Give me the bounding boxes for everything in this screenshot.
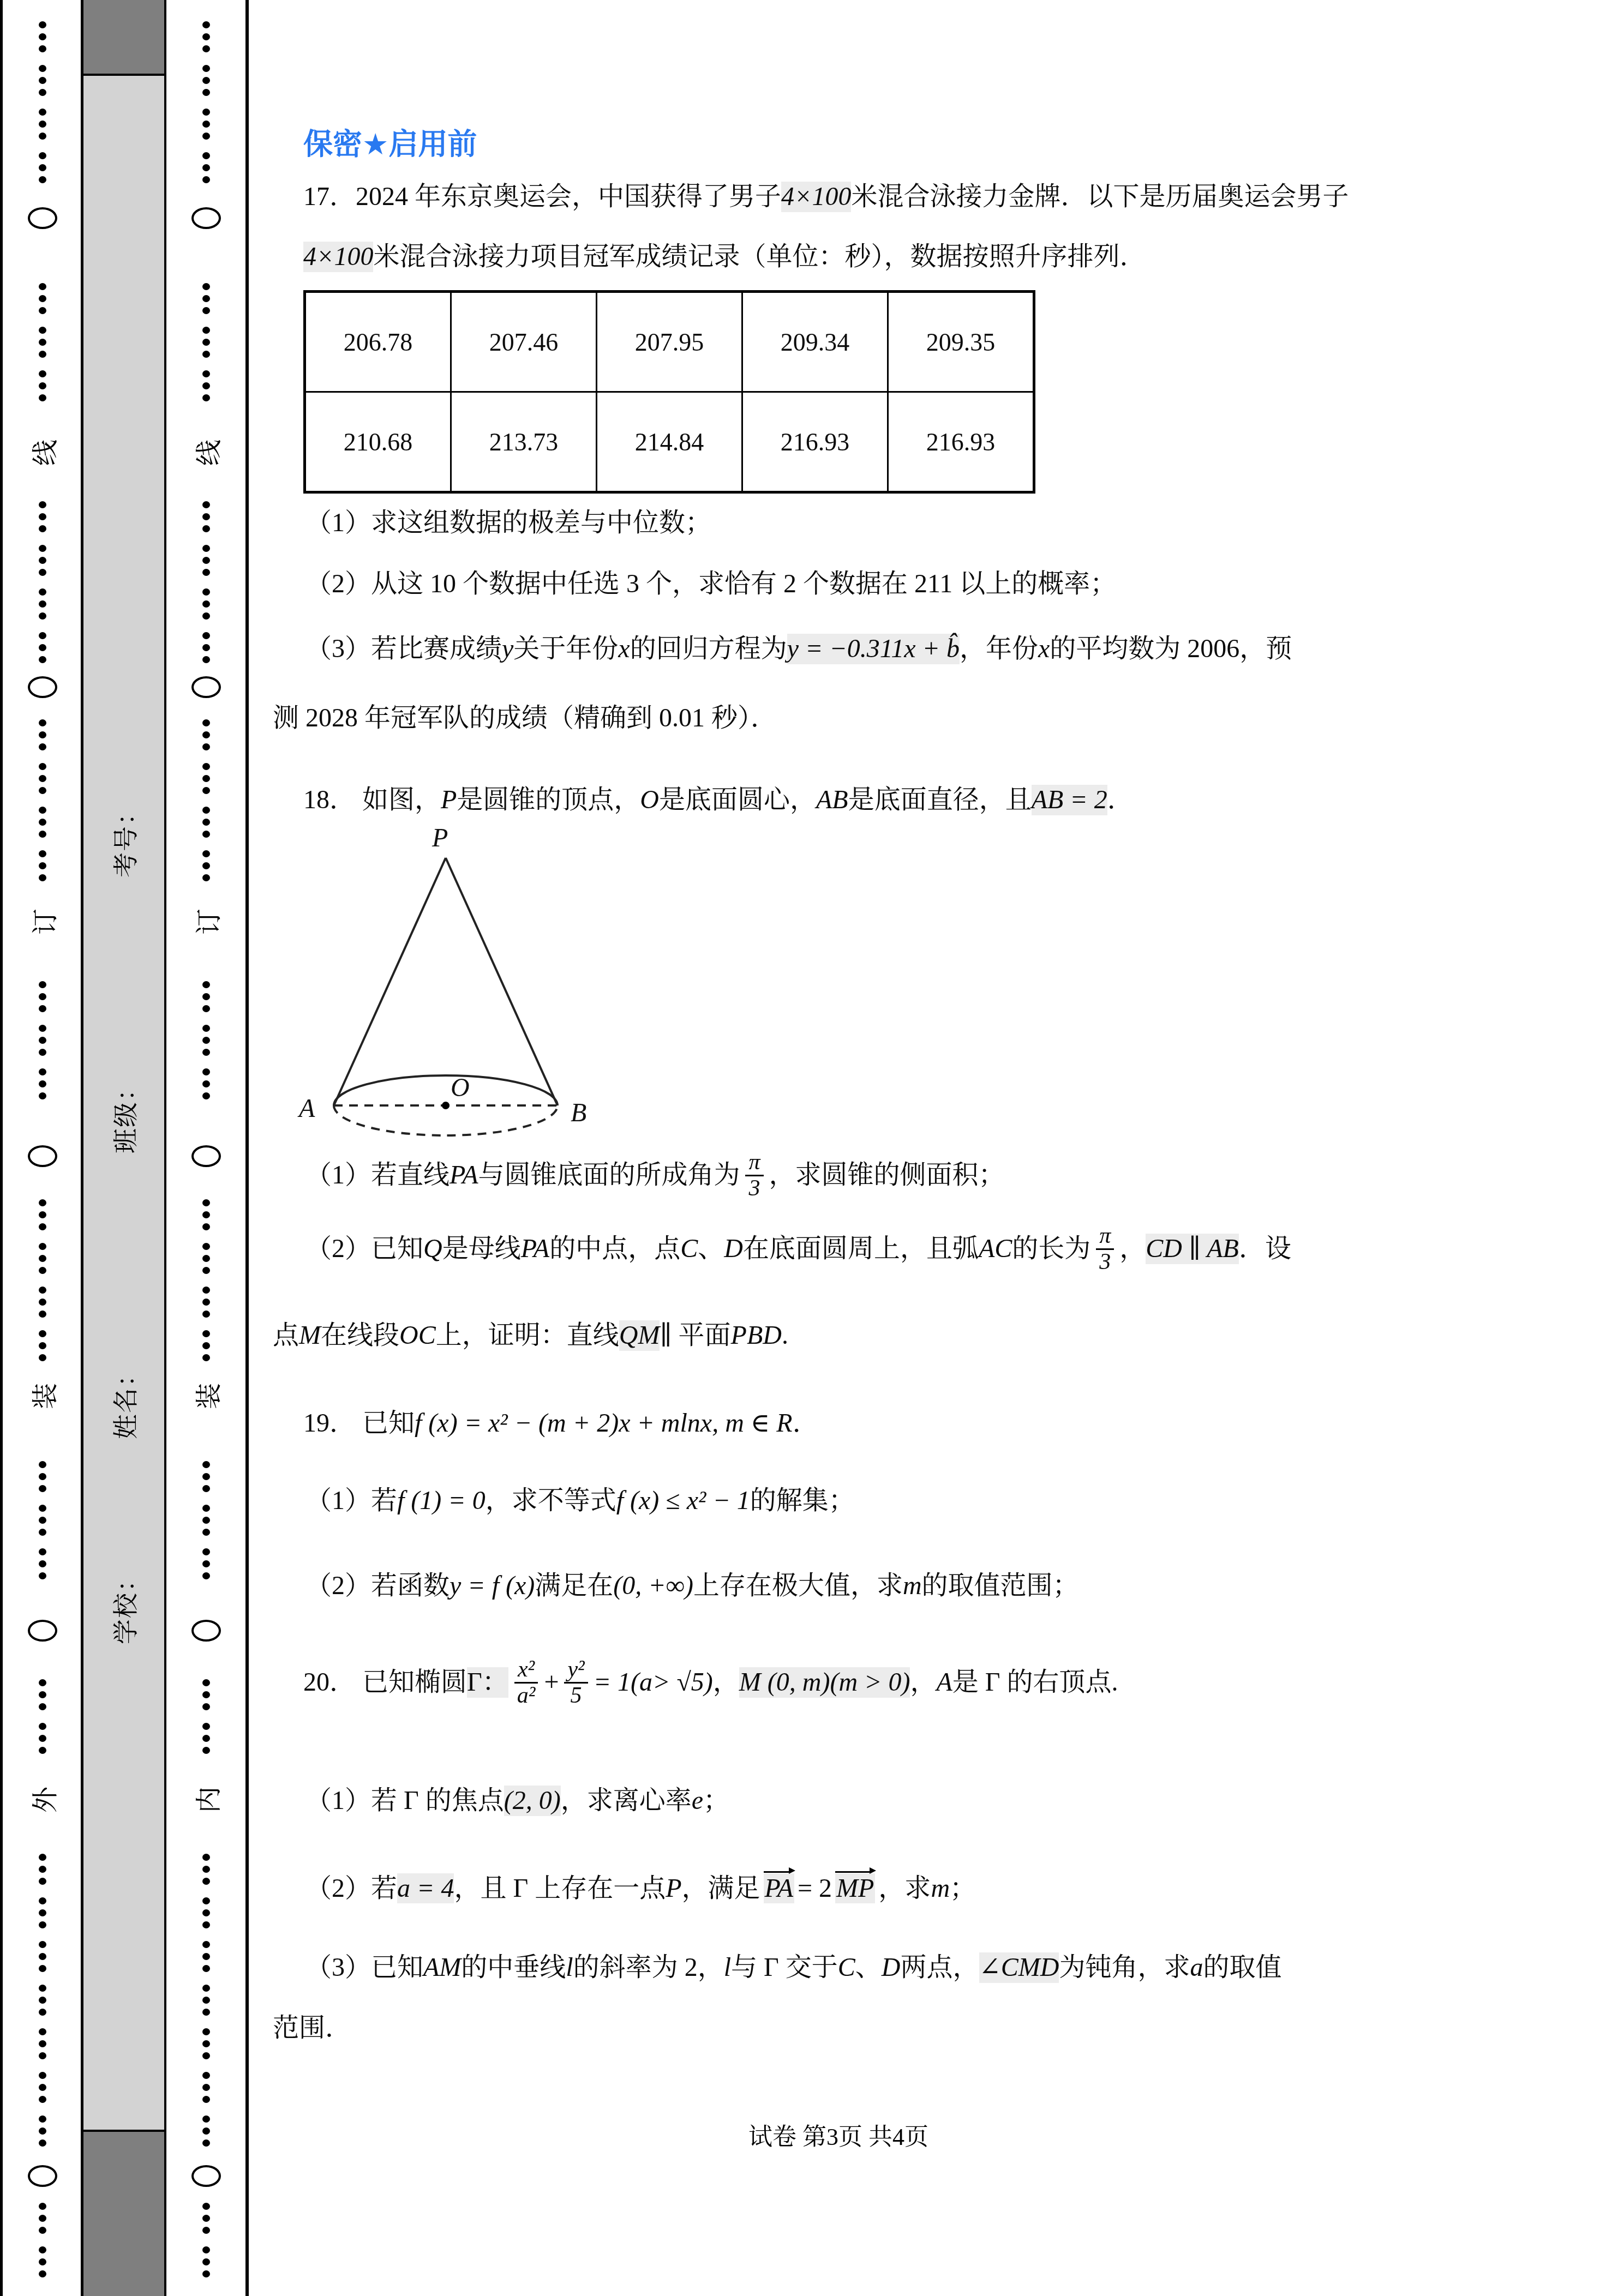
dot [39, 743, 46, 750]
dot [39, 612, 46, 620]
label-P: P [432, 824, 448, 852]
dot [39, 283, 46, 290]
dot [202, 1299, 210, 1306]
text-segment: 上，证明：直线 [436, 1320, 619, 1350]
text-segment: M (0, m)(m > 0) [739, 1667, 910, 1697]
text-segment: a [639, 1667, 652, 1697]
dot [202, 2084, 210, 2091]
text-segment: 满足在 [535, 1571, 613, 1601]
dot [202, 1311, 210, 1318]
dot [39, 2096, 46, 2103]
dot [202, 2115, 210, 2123]
dot [39, 807, 46, 814]
exam-paper-page: 考号：班级：姓名：学校： 线订装外线订装内 保密★启用前 206.78207.4… [0, 0, 1624, 2296]
binding-dots [39, 16, 46, 57]
dot [202, 1025, 210, 1032]
p17-intro-2: 4×100 米混合泳接力项目冠军成绩记录（单位：秒），数据按照升序排列． [303, 240, 1146, 274]
dot [202, 1985, 210, 1992]
dot [39, 339, 46, 346]
binding-char: 线 [188, 440, 225, 466]
text-segment: ； [703, 1786, 729, 1816]
binding-dots [39, 365, 46, 406]
dot [39, 1473, 46, 1480]
dot [202, 1049, 210, 1056]
dot [202, 2270, 210, 2277]
text-segment: AM [423, 1952, 461, 1982]
dot [202, 1243, 210, 1250]
binding-circle [191, 2165, 221, 2187]
binding-dots [39, 2198, 46, 2239]
dot [202, 2096, 210, 2103]
dot [39, 1287, 46, 1294]
binding-dots [202, 1718, 210, 1759]
p17-intro-1: 17．2024 年东京奥运会，中国获得了男子4×100 米混合泳接力金牌．以下是… [303, 180, 1349, 214]
dot [39, 2258, 46, 2265]
dot [202, 1068, 210, 1075]
dot [39, 1461, 46, 1468]
binding-dots [39, 1063, 46, 1104]
text-segment: f (x) = x² − (m + 2)x + mlnx, m ∈ R [415, 1408, 793, 1438]
dot [202, 2028, 210, 2035]
binding-dots [39, 1238, 46, 1279]
binding-dots [39, 1194, 46, 1235]
fraction: x²a² [514, 1657, 539, 1707]
text-segment: AB = 2 [1032, 785, 1107, 815]
dot [202, 731, 210, 738]
binding-dots [39, 1936, 46, 1977]
dot [202, 394, 210, 401]
p19-part1: （1）若 f (1) = 0 ，求不等式 f (x) ≤ x² − 1 的解集； [305, 1479, 855, 1523]
dot [39, 2127, 46, 2135]
dot [39, 1267, 46, 1274]
text-segment: ； [950, 1873, 976, 1903]
binding-column-outer: 线订装外 [4, 0, 81, 2296]
dot [39, 1092, 46, 1099]
binding-dots [202, 845, 210, 886]
dot [202, 1092, 210, 1099]
table-cell: 216.93 [888, 392, 1034, 492]
dot [39, 2270, 46, 2277]
dot [39, 731, 46, 738]
dot [202, 600, 210, 608]
text-segment: ，求离心率 [561, 1786, 692, 1816]
binding-dots [39, 1543, 46, 1584]
text-segment: Q [423, 1234, 442, 1264]
dot [202, 1473, 210, 1480]
dot [39, 763, 46, 770]
fraction: π3 [745, 1150, 763, 1200]
dot [202, 1909, 210, 1916]
fraction: π3 [1096, 1224, 1114, 1273]
dot [39, 327, 46, 334]
cone-slant-right [446, 858, 558, 1105]
text-segment: l [566, 1952, 573, 1982]
dot [39, 1866, 46, 1873]
dot [202, 1691, 210, 1698]
text-segment: 是底面圆心， [659, 785, 816, 815]
binding-dots [39, 1849, 46, 1890]
dot [202, 1267, 210, 1274]
text-segment: (2, 0) [504, 1786, 561, 1816]
binding-circle [191, 1620, 221, 1642]
dot [202, 351, 210, 358]
dot [202, 45, 210, 52]
binding-dots [39, 2241, 46, 2282]
dot [202, 569, 210, 576]
text-segment: 的中垂线 [461, 1952, 566, 1982]
dot [202, 2215, 210, 2222]
binding-dots [39, 802, 46, 843]
dot [39, 2246, 46, 2253]
dot [39, 1354, 46, 1361]
dot [39, 164, 46, 171]
label-B: B [571, 1098, 586, 1127]
text-segment: ，求圆锥的侧面积； [769, 1160, 1005, 1190]
text-segment: 4×100 [781, 182, 851, 212]
dot [39, 600, 46, 608]
text-segment: 为钝角，求 [1059, 1952, 1190, 1982]
dot [202, 775, 210, 782]
dot [39, 831, 46, 838]
dot [202, 382, 210, 389]
vector-term: PA [764, 1873, 794, 1903]
text-segment: + [544, 1667, 559, 1697]
dot [202, 339, 210, 346]
fraction-numerator: π [745, 1150, 763, 1176]
dot [39, 1723, 46, 1730]
text-segment: 点 [273, 1320, 299, 1350]
dot [39, 2115, 46, 2123]
p20-part1: （1）若 Γ 的焦点(2, 0)，求离心率 e； [305, 1779, 729, 1823]
text-segment: 上存在极大值，求 [693, 1571, 903, 1601]
dot [202, 501, 210, 508]
dot [202, 1461, 210, 1468]
dot [202, 2052, 210, 2059]
dot [202, 1548, 210, 1555]
binding-dots [39, 714, 46, 755]
binding-dots [39, 976, 46, 1017]
dot [39, 1517, 46, 1524]
dot [39, 981, 46, 988]
binding-dots [39, 278, 46, 319]
dot [39, 1747, 46, 1754]
text-segment: 18． 如图， [303, 785, 441, 815]
dot [39, 775, 46, 782]
text-segment: （2）若 [305, 1873, 397, 1903]
dot [202, 1255, 210, 1262]
dot [39, 1997, 46, 2004]
p17-part1: （1）求这组数据的极差与中位数； [305, 506, 711, 540]
text-segment: m [931, 1873, 950, 1903]
text-segment: AC [979, 1234, 1012, 1264]
dot [202, 1330, 210, 1337]
binding-dots [39, 147, 46, 188]
text-segment: f (1) = 0 [397, 1486, 486, 1516]
table-cell: 209.34 [742, 292, 888, 392]
dot [39, 1025, 46, 1032]
text-segment: OC [399, 1320, 436, 1350]
dot [39, 1909, 46, 1916]
text-segment: 的解集； [750, 1486, 855, 1516]
dot [39, 993, 46, 1000]
dot [39, 1080, 46, 1087]
dot [39, 557, 46, 564]
dot [39, 1037, 46, 1044]
dot [202, 656, 210, 663]
p17-part3: （3）若比赛成绩 y 关于年份 x 的回归方程为 y = −0.311x + b… [305, 622, 1292, 676]
binding-char: 外 [24, 1787, 62, 1813]
text-segment: y = f (x) [450, 1571, 535, 1601]
dot [202, 1997, 210, 2004]
dot [39, 2052, 46, 2059]
text-segment: x [618, 634, 630, 664]
binding-dots [39, 1892, 46, 1933]
text-segment: 17．2024 年东京奥运会，中国获得了男子 [303, 182, 781, 212]
p18-part2b: 点 M 在线段 OC 上，证明：直线 QM ∥ 平面 PBD. [273, 1319, 788, 1353]
text-segment: 是圆锥的顶点， [457, 785, 640, 815]
dot [39, 850, 46, 857]
dot [39, 307, 46, 314]
text-segment: 19． 已知 [303, 1408, 415, 1438]
dot [202, 807, 210, 814]
dot [202, 981, 210, 988]
text-segment: 与圆锥底面的所成角为 [478, 1160, 740, 1190]
dot [39, 176, 46, 183]
dot [202, 295, 210, 302]
fraction-numerator: π [1096, 1224, 1114, 1249]
dot [202, 1560, 210, 1567]
dot [202, 787, 210, 794]
dot [202, 307, 210, 314]
dot [202, 176, 210, 183]
p20-part3: （3）已知 AM 的中垂线 l 的斜率为 2，l 与 Γ 交于 C、D 两点， … [305, 1946, 1281, 1990]
binding-dots [202, 322, 210, 363]
text-segment: 与 Γ 交于 [731, 1952, 838, 1982]
dot [39, 33, 46, 40]
dot [39, 1005, 46, 1012]
p17-part3b: 测 2028 年冠军队的成绩（精确到 0.01 秒）． [273, 701, 777, 735]
dot [202, 1679, 210, 1686]
text-segment: ， [713, 1667, 739, 1697]
secret-header: 保密★启用前 [303, 121, 477, 163]
dot [202, 2227, 210, 2234]
dot [39, 1049, 46, 1056]
dot [39, 1311, 46, 1318]
text-segment: D [724, 1234, 743, 1264]
dot [202, 1354, 210, 1361]
binding-dots [202, 496, 210, 537]
dot [202, 632, 210, 639]
text-segment: A [936, 1667, 952, 1697]
dot [39, 2227, 46, 2234]
binding-dots [202, 2198, 210, 2239]
dot [39, 382, 46, 389]
dot [39, 1560, 46, 1567]
dot [202, 1505, 210, 1512]
text-segment: e [692, 1786, 703, 1816]
dot [202, 557, 210, 564]
table-cell: 213.73 [451, 392, 597, 492]
binding-char: 订 [188, 909, 225, 935]
text-segment: 在线段 [321, 1320, 399, 1350]
text-segment: a [1190, 1952, 1203, 1982]
dot [202, 1005, 210, 1012]
dot [39, 1068, 46, 1075]
score-table: 206.78207.46207.95209.34209.35210.68213.… [303, 290, 1035, 494]
binding-dots [202, 1674, 210, 1715]
dot [39, 1703, 46, 1710]
binding-dots [39, 1674, 46, 1715]
text-segment: C [680, 1234, 698, 1264]
text-segment: CD ∥ AB [1146, 1234, 1239, 1264]
binding-char: 订 [24, 909, 62, 935]
binding-dots [202, 1282, 210, 1323]
binding-dots [202, 278, 210, 319]
dot [202, 89, 210, 96]
dot [39, 501, 46, 508]
binding-dots [202, 1020, 210, 1061]
text-segment: （2）已知 [305, 1234, 423, 1264]
binding-char: 装 [24, 1383, 62, 1409]
binding-dots [39, 1282, 46, 1323]
dot [39, 1941, 46, 1948]
dot [39, 1921, 46, 1928]
text-segment: （2）若函数 [305, 1571, 450, 1601]
binding-dots [39, 60, 46, 101]
table-cell: 216.93 [742, 392, 888, 492]
dot [39, 787, 46, 794]
field-label: 班级： [106, 1075, 142, 1153]
dot [39, 1878, 46, 1885]
dot [202, 2246, 210, 2253]
dot [202, 763, 210, 770]
dot [202, 525, 210, 532]
dot [202, 831, 210, 838]
text-segment: 的斜率为 2， [573, 1952, 724, 1982]
binding-char: 线 [24, 440, 62, 466]
text-segment: （2）从这 10 个数据中任选 3 个，求恰有 2 个数据在 211 以上的概率… [305, 569, 1116, 599]
fraction-denominator: a² [514, 1684, 539, 1708]
dot [202, 2127, 210, 2135]
dot [39, 2028, 46, 2035]
text-segment: m [903, 1571, 922, 1601]
dot [202, 874, 210, 881]
text-segment: 20． 已知椭圆 [303, 1667, 467, 1697]
p18-intro: 18． 如图，P 是圆锥的顶点，O 是底面圆心，AB 是底面直径，且 AB = … [303, 783, 1134, 817]
dot [39, 1691, 46, 1698]
dot [202, 545, 210, 552]
text-segment: ， [910, 1667, 936, 1697]
cone-slant-left [334, 858, 446, 1105]
binding-dots [202, 1500, 210, 1541]
text-segment: l [724, 1952, 731, 1982]
text-segment: （3）若比赛成绩 [305, 634, 502, 664]
text-segment: ．设 [1239, 1234, 1291, 1264]
dot [202, 819, 210, 826]
dot [39, 569, 46, 576]
dot [39, 1953, 46, 1960]
binding-dots [39, 1500, 46, 1541]
fraction-numerator: y² [564, 1657, 588, 1683]
text-segment: D [882, 1952, 901, 1982]
text-segment: 是 Γ 的右顶点. [952, 1667, 1118, 1697]
binding-dots [202, 1194, 210, 1235]
text-segment: Γ： [467, 1667, 508, 1697]
cone-base-back-arc [334, 1105, 558, 1135]
dot [39, 2215, 46, 2222]
dot [202, 1854, 210, 1861]
binding-circle [191, 207, 221, 229]
dot [39, 525, 46, 532]
dot [39, 1965, 46, 1972]
dot [202, 370, 210, 377]
binding-dots [202, 976, 210, 1017]
dot [202, 1965, 210, 1972]
dot [202, 283, 210, 290]
dot [202, 1080, 210, 1087]
p18-part2: （2）已知 Q 是母线 PA 的中点，点 C、D 在底面圆周上，且弧 AC 的长… [305, 1213, 1291, 1284]
dot [202, 21, 210, 28]
cone-base-front-arc [334, 1075, 558, 1105]
table-cell: 207.46 [451, 292, 597, 392]
binding-dots [39, 1456, 46, 1497]
binding-circle [191, 1145, 221, 1167]
p19-intro: 19． 已知 f (x) = x² − (m + 2)x + mlnx, m ∈… [303, 1402, 819, 1445]
label-O: O [451, 1073, 470, 1102]
page-left-border [0, 0, 3, 2296]
dot [39, 351, 46, 358]
binding-dots [39, 584, 46, 624]
dot [202, 513, 210, 520]
dot [39, 1199, 46, 1206]
binding-char: 内 [188, 1787, 225, 1813]
text-segment: （1）求这组数据的极差与中位数； [305, 508, 711, 538]
binding-dots [39, 1325, 46, 1366]
dot [39, 1897, 46, 1904]
dot [39, 819, 46, 826]
text-segment: 是底面直径，且 [848, 785, 1032, 815]
dot [39, 1572, 46, 1579]
text-segment: > √5) [652, 1667, 713, 1697]
text-segment: 、 [698, 1234, 724, 1264]
text-segment: ， [1119, 1234, 1146, 1264]
p19-part2: （2）若函数 y = f (x) 满足在 (0, +∞) 上存在极大值，求 m … [305, 1564, 1079, 1608]
dot [39, 1255, 46, 1262]
dot [202, 1953, 210, 1960]
dot [39, 1735, 46, 1742]
binding-circle [28, 676, 57, 698]
text-segment: （1）若直线 [305, 1160, 450, 1190]
binding-dots [39, 2067, 46, 2108]
text-segment: (0, +∞) [613, 1571, 693, 1601]
dot [39, 45, 46, 52]
dot [39, 133, 46, 140]
fraction-denominator: 5 [567, 1684, 585, 1708]
binding-dots [39, 845, 46, 886]
student-info-strip: 考号：班级：姓名：学校： [83, 0, 164, 2296]
dot [202, 65, 210, 72]
binding-top-block [83, 0, 164, 76]
binding-dots [202, 1063, 210, 1104]
table-cell: 209.35 [888, 292, 1034, 392]
dot [39, 1485, 46, 1492]
dot [39, 1342, 46, 1349]
binding-dots [39, 104, 46, 145]
dot [202, 2203, 210, 2210]
dot [202, 1223, 210, 1230]
binding-dots [202, 104, 210, 145]
table-cell: 214.84 [597, 392, 742, 492]
